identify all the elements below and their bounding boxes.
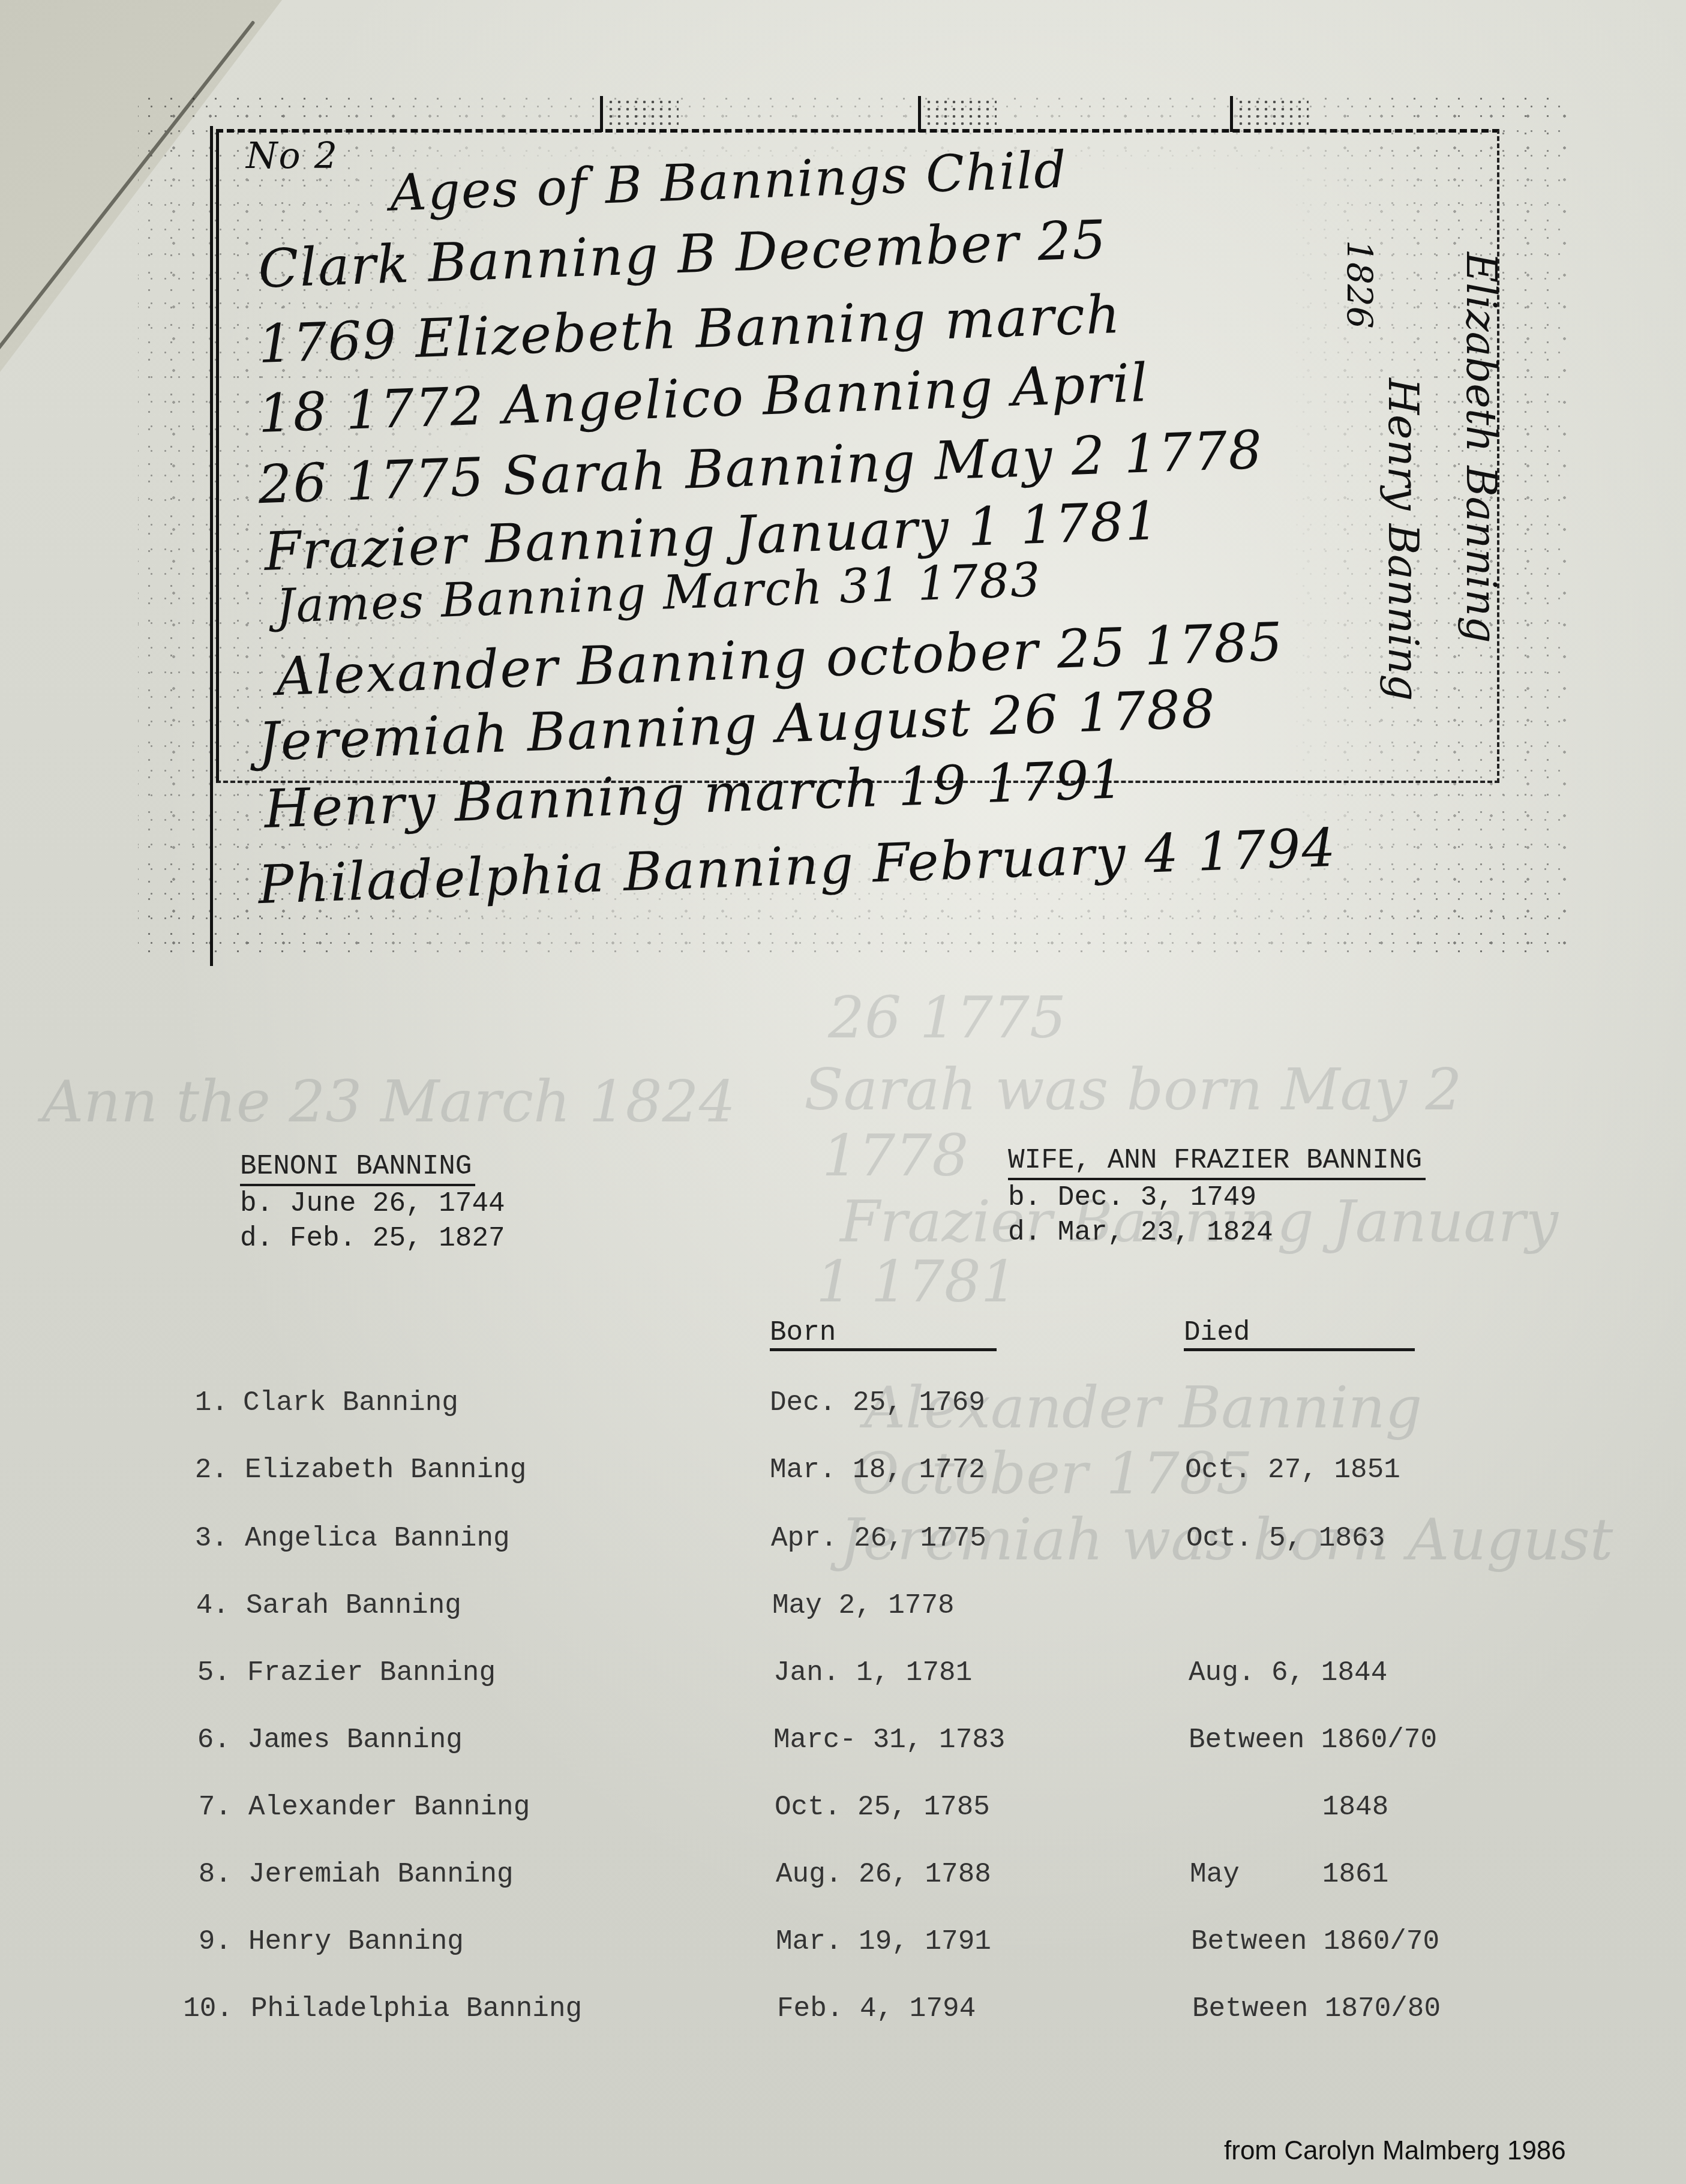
died-header-label: Died: [1184, 1317, 1250, 1348]
child-name: Angelica Banning: [245, 1523, 510, 1554]
mother-died: d. Mar, 23, 1824: [1008, 1215, 1426, 1250]
ghost-line: 1 1781: [816, 1248, 1018, 1315]
mother-born: b. Dec. 3, 1749: [1008, 1180, 1426, 1215]
table-row: 1. Clark Banning Dec. 25, 1769: [0, 1387, 1686, 1423]
child-number: 8.: [166, 1859, 232, 1890]
margin-note: 1826: [1339, 240, 1380, 329]
child-number: 4.: [163, 1590, 229, 1621]
table-row: 5. Frazier Banning Jan. 1, 1781 Aug. 6, …: [0, 1657, 1686, 1693]
child-born: Apr. 26, 1775: [771, 1523, 986, 1554]
born-header-rule: [770, 1348, 997, 1351]
record-tab: [1230, 96, 1233, 132]
margin-note: Henry Banning: [1379, 378, 1428, 701]
child-born: Marc- 31, 1783: [773, 1724, 1005, 1756]
table-row: 8. Jeremiah Banning Aug. 26, 1788 May 18…: [0, 1859, 1686, 1895]
child-number: 6.: [164, 1724, 230, 1756]
child-name: Clark Banning: [243, 1387, 458, 1418]
source-credit: from Carolyn Malmberg 1986: [1224, 2136, 1566, 2166]
child-born: May 2, 1778: [772, 1590, 955, 1621]
record-border-left: [210, 126, 213, 966]
father-died: d. Feb. 25, 1827: [240, 1221, 505, 1256]
child-name: Henry Banning: [248, 1926, 464, 1957]
child-name: Elizabeth Banning: [245, 1454, 526, 1486]
child-name: Frazier Banning: [247, 1657, 496, 1688]
table-row: 10. Philadelphia Banning Feb. 4, 1794 Be…: [0, 1993, 1686, 2029]
child-died: Between 1860/70: [1189, 1724, 1437, 1756]
child-born: Aug. 26, 1788: [776, 1859, 991, 1890]
table-row: 7. Alexander Banning Oct. 25, 1785 1848: [0, 1792, 1686, 1828]
mother-name: WIFE, ANN FRAZIER BANNING: [1008, 1143, 1426, 1180]
child-number: 10.: [167, 1993, 233, 2024]
child-name: Philadelphia Banning: [251, 1993, 582, 2024]
child-born: Jan. 1, 1781: [773, 1657, 972, 1688]
child-name: Alexander Banning: [248, 1792, 530, 1823]
child-number: 3.: [162, 1523, 228, 1554]
father-born: b. June 26, 1744: [240, 1186, 505, 1221]
table-row: 4. Sarah Banning May 2, 1778: [0, 1590, 1686, 1626]
child-died: Aug. 6, 1844: [1189, 1657, 1387, 1688]
column-header-died: Died: [1184, 1317, 1250, 1348]
margin-note: Elizabeth Banning: [1457, 252, 1506, 643]
ghost-line: 26 1775: [828, 984, 1066, 1051]
child-born: Oct. 25, 1785: [775, 1792, 990, 1823]
table-row: 6. James Banning Marc- 31, 1783 Between …: [0, 1724, 1686, 1760]
handwritten-record: No 2 Ages of B Bannings Child Clark Bann…: [138, 90, 1566, 966]
table-row: 9. Henry Banning Mar. 19, 1791 Between 1…: [0, 1926, 1686, 1962]
child-number: 5.: [164, 1657, 230, 1688]
child-name: Jeremiah Banning: [248, 1859, 514, 1890]
child-born: Mar. 19, 1791: [776, 1926, 991, 1957]
child-died: 1848: [1190, 1792, 1388, 1823]
child-name: James Banning: [247, 1724, 463, 1756]
child-died: Oct. 5, 1863: [1186, 1523, 1385, 1554]
child-number: 7.: [166, 1792, 232, 1823]
mother-block: WIFE, ANN FRAZIER BANNING b. Dec. 3, 174…: [1008, 1143, 1426, 1250]
record-tab: [918, 96, 921, 132]
ghost-line: Sarah was born May 2: [804, 1056, 1462, 1123]
child-number: 1.: [162, 1387, 228, 1418]
ghost-line: 1778: [822, 1122, 968, 1189]
table-row: 3. Angelica Banning Apr. 26, 1775 Oct. 5…: [0, 1523, 1686, 1559]
child-died: Between 1870/80: [1192, 1993, 1441, 2024]
child-born: Mar. 18, 1772: [770, 1454, 985, 1486]
ghost-line: Ann the 23 March 1824: [42, 1068, 736, 1135]
child-number: 2.: [162, 1454, 228, 1486]
born-header-label: Born: [770, 1317, 836, 1348]
column-header-born: Born: [770, 1317, 836, 1348]
child-born: Feb. 4, 1794: [777, 1993, 976, 2024]
table-row: 2. Elizabeth Banning Mar. 18, 1772 Oct. …: [0, 1454, 1686, 1490]
father-block: BENONI BANNING b. June 26, 1744 d. Feb. …: [240, 1149, 505, 1256]
died-header-rule: [1184, 1348, 1415, 1351]
child-died: May 1861: [1190, 1859, 1388, 1890]
child-died: Between 1860/70: [1191, 1926, 1439, 1957]
child-born: Dec. 25, 1769: [770, 1387, 985, 1418]
record-number-mark: No 2: [246, 138, 338, 174]
record-tab: [600, 96, 603, 132]
child-number: 9.: [166, 1926, 232, 1957]
child-died: Oct. 27, 1851: [1185, 1454, 1400, 1486]
father-name: BENONI BANNING: [240, 1149, 475, 1186]
child-name: Sarah Banning: [246, 1590, 461, 1621]
